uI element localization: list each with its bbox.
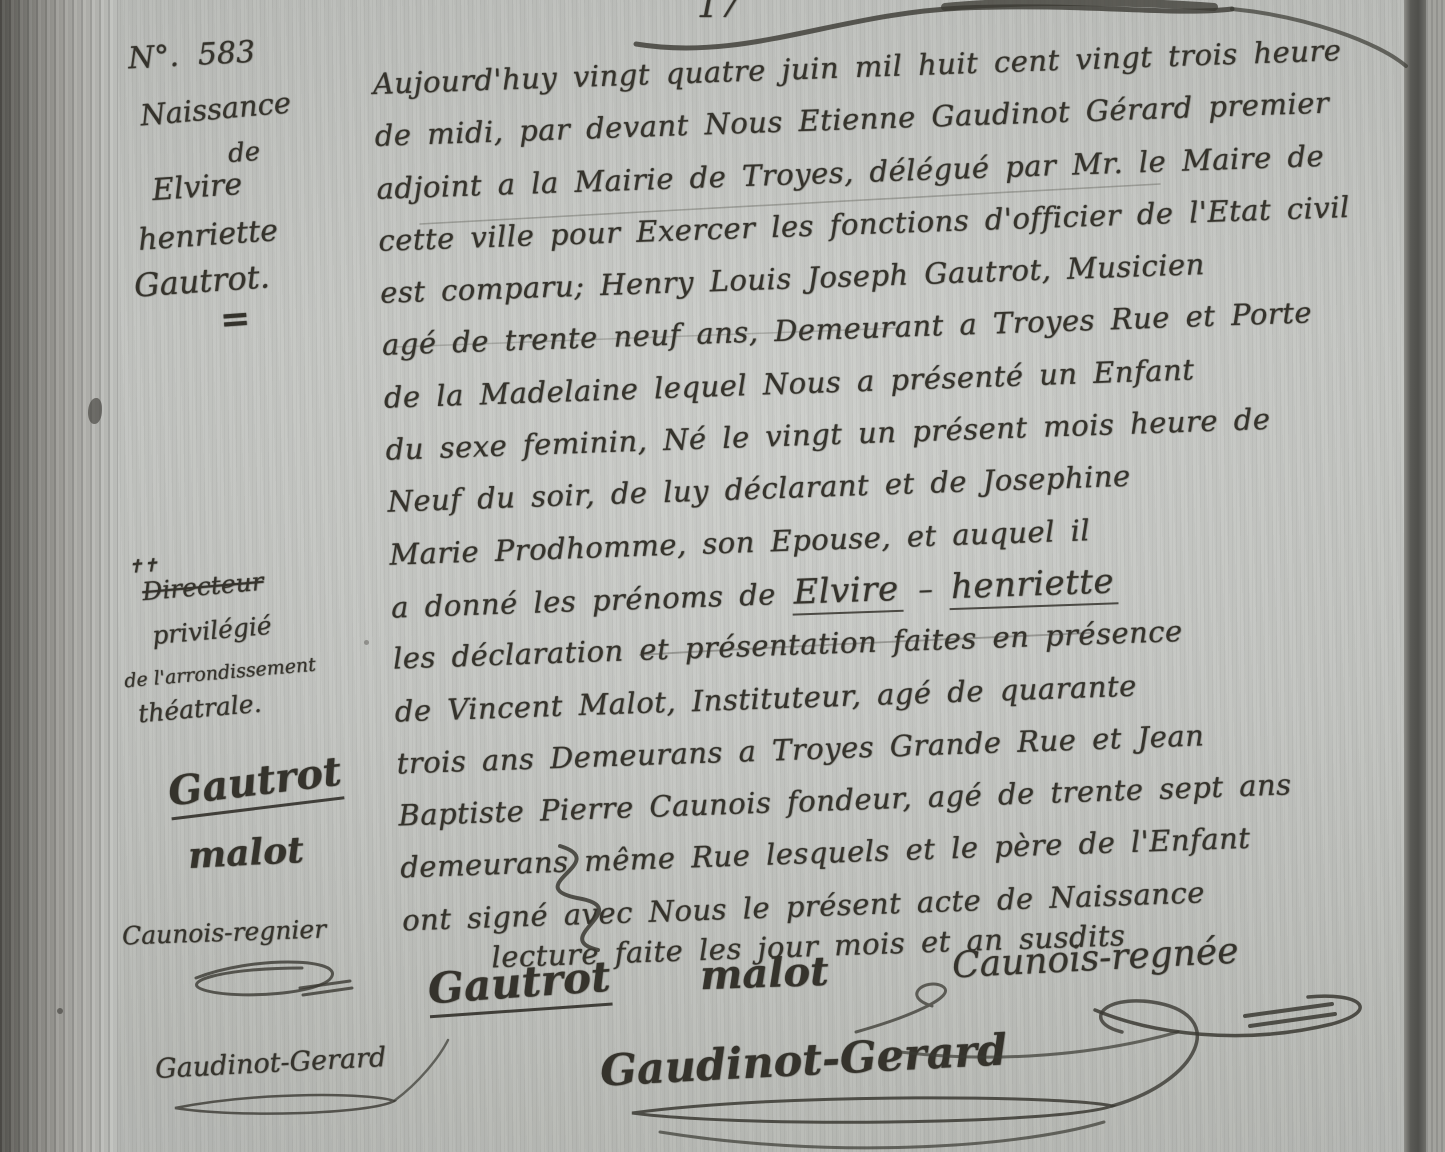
signature-officer-left: Gaudinot-Gerard: [154, 1042, 387, 1085]
child-second-name: henriette: [948, 561, 1119, 610]
book-binding-gutter: [0, 0, 118, 1152]
top-flourish-heavy: [945, 2, 1214, 7]
caunois-flourish-bar: [1250, 1014, 1335, 1026]
margin-title-naissance: Naissance: [139, 85, 292, 132]
officer-left-tail: [394, 1040, 448, 1101]
margin-title-prenom: Elvire: [151, 167, 243, 208]
signature-malot: malot: [699, 948, 829, 999]
prenoms-dash: –: [918, 572, 934, 607]
officer-center-lens-flourish: [632, 1098, 1112, 1122]
margin-separator-mark: =: [219, 297, 250, 341]
margin-paraph: [196, 962, 333, 995]
signature-officer-center: Gaudinot-Gerard: [599, 1025, 1008, 1096]
ink-speck: [364, 640, 369, 645]
scanned-register-page: 17 N°. 583 Naissance de Elvire henriette…: [0, 0, 1445, 1152]
margin-signature-gautrot: Gautrot: [165, 748, 344, 821]
margin-title-surname: Gautrot.: [133, 257, 271, 304]
act-number: N°. 583: [127, 35, 256, 77]
officer-center-bottom-sweep: [660, 1122, 1104, 1148]
margin-note-mark: ✝✝: [127, 555, 159, 578]
margin-note-line2: privilégié: [151, 611, 273, 650]
act-body-text: Aujourd'huy vingt quatre juin mil huit c…: [372, 20, 1445, 986]
margin-note-line3: de l'arrondissement: [123, 654, 316, 693]
prenoms-prefix: a donné les prénoms de: [391, 577, 777, 624]
child-first-name: Elvire: [791, 569, 904, 616]
margin-paraph-bar: [303, 988, 352, 995]
caunois-flourish: [1095, 996, 1360, 1035]
officer-center-entry-curl: [856, 984, 946, 1032]
margin-title-de: de: [227, 137, 261, 169]
margin-signature-malot: malot: [187, 829, 305, 877]
signature-gautrot: Gautrot: [426, 952, 612, 1019]
officer-left-lens-flourish: [175, 1095, 394, 1114]
margin-note-line4: théatrale.: [137, 689, 263, 729]
ink-speck: [57, 1008, 63, 1014]
margin-paraph-bar: [300, 981, 350, 988]
margin-signature-caunois: Caunois-regnier: [122, 914, 327, 950]
page-number-fragment: 17: [697, 0, 740, 26]
margin-note-line1: Directeur: [141, 567, 265, 606]
caunois-flourish-bar: [1245, 1004, 1332, 1016]
margin-title-prenom2: henriette: [137, 213, 279, 258]
officer-center-loop: [1101, 1001, 1198, 1106]
